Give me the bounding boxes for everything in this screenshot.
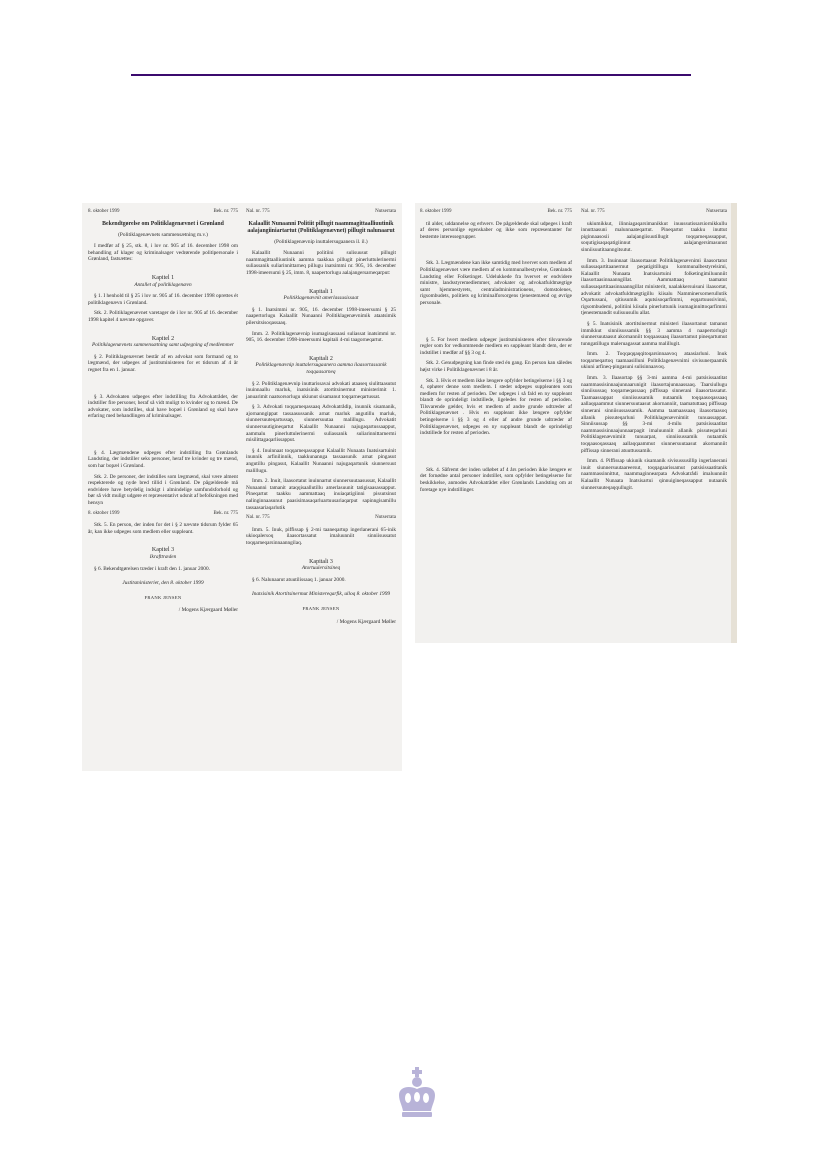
header-ref: Nal. nr. 775	[246, 209, 270, 216]
section-5-stk-2: Stk. 2. Genudpegning kan finde sted én g…	[420, 360, 572, 373]
chapter-1-title: Kapitali 1	[246, 289, 396, 296]
section-5-imm-2: Imm. 2. Toqqaqqaqqitoqarsinnaavoq ataasi…	[581, 351, 727, 371]
signature-name: FRANK JENSEN	[88, 595, 238, 602]
signature-name: FRANK JENSEN	[246, 606, 396, 613]
section-1-stk-2: Stk. 2. Politiklagenævnet varetager de i…	[88, 310, 238, 323]
chapter-2-subtitle: Politiklagenævnip inuttalersugaanera aam…	[246, 362, 396, 375]
header-date: 8. oktober 1999	[420, 209, 452, 216]
scanned-page-right: 8. oktober 1999 Bek. nr. 775 til alder, …	[415, 203, 737, 643]
section-3: § 3. Advokaten udpeges efter indstilling…	[88, 394, 238, 420]
crown-icon	[393, 1065, 441, 1129]
footer-date: 8. oktober 1999	[88, 511, 120, 518]
section-4-imm-2: Imm. 2. Inuit, ilaasortatut inuinnartut …	[246, 478, 396, 511]
section-5: § 5. Inatsisinik atortitsinermut ministe…	[581, 321, 727, 347]
section-2: § 2. Politiklagenævnip inuttarissavai ad…	[246, 381, 396, 401]
chapter-3-title: Kapitali 3	[246, 559, 396, 566]
section-4-stk-2: Stk. 2. De personer, der indstilles som …	[88, 474, 238, 507]
section-1: § 1. Inatsimmi nr. 905, 16. december 199…	[246, 307, 396, 327]
continued-paragraph: ukiumikkut, ilinniagaqarsimanikkut inuus…	[581, 221, 727, 254]
section-4-imm-5: Imm. 5. Inuk, piffissap § 2-mi taaneqart…	[246, 527, 396, 547]
document-subtitle: (Politiklagenævnets sammensætning m.v.)	[88, 232, 238, 239]
chapter-1-subtitle: Antallet af politiklagenævn	[88, 282, 238, 289]
section-4-imm-3: Imm. 3. Inuinnaat ilaasortaasut Politikl…	[581, 258, 727, 317]
section-4-stk-5: Stk. 5. En person, der inden for det i §…	[88, 522, 238, 535]
intro-paragraph: I medfør af § 25, stk. 8, i lov nr. 905 …	[88, 243, 238, 263]
document-subtitle: (Politiklagenævnip inuttalersugaanera il…	[246, 239, 396, 246]
page-header: 8. oktober 1999 Bek. nr. 775	[88, 209, 238, 216]
header-label: Nutserrata	[706, 209, 727, 216]
section-5-imm-3: Imm. 3. Ilaasortap §§ 3-mi aamma 4-mi pa…	[581, 375, 727, 454]
page-header: Nal. nr. 775 Nutserrata	[246, 209, 396, 216]
footer-label: Nutserrata	[375, 515, 396, 522]
chapter-3-subtitle: Atortuulersitsineq	[246, 565, 396, 572]
greenlandic-column: Nal. nr. 775 Nutserrata ukiumikkut, ilin…	[581, 209, 727, 495]
chapter-1-title: Kapitel 1	[88, 275, 238, 282]
document-title: Kalaallit Nunaanni Politiit pillugit naa…	[246, 221, 396, 235]
danish-column: 8. oktober 1999 Bek. nr. 775 Bekendtgøre…	[88, 209, 238, 616]
document-title: Bekendtgørelse om Politiklagenævnet i Gr…	[88, 221, 238, 228]
header-date: 8. oktober 1999	[88, 209, 120, 216]
header-label: Nutserrata	[375, 209, 396, 216]
section-4: § 4. Lægmændene udpeges efter indstillin…	[88, 450, 238, 470]
chapter-2-title: Kapitali 2	[246, 356, 396, 363]
header-ref: Bek. nr. 775	[214, 209, 238, 216]
section-1: § 1. I henhold til § 25 i lov nr. 905 af…	[88, 293, 238, 306]
chapter-2-subtitle: Politiklagenævnets sammensætning samt ud…	[88, 342, 238, 349]
continued-paragraph: til alder, uddannelse og erhverv. De påg…	[420, 221, 572, 241]
signature-countersign: / Mogens Kjærgaard Møller	[246, 619, 396, 626]
danish-column: 8. oktober 1999 Bek. nr. 775 til alder, …	[420, 209, 572, 497]
scanned-page-left: 8. oktober 1999 Bek. nr. 775 Bekendtgøre…	[82, 203, 402, 771]
intro-paragraph: Kalaallit Nunaanni politiini sulisuusut …	[246, 250, 396, 276]
section-6: § 6. Nalunaarut atuutilissaaq 1. januar …	[246, 577, 396, 584]
section-6: § 6. Bekendtgørelsen træder i kraft den …	[88, 566, 238, 573]
chapter-1-subtitle: Politiklagenævnit amerlassusissaat	[246, 295, 396, 302]
section-4-stk-3: Stk. 3. Lægmændene kan ikke samtidig med…	[420, 260, 572, 306]
section-5-imm-4: Imm. 4. Piffissap ukiunik sisamanik sivi…	[581, 458, 727, 491]
section-3: § 3. Advokati toqqarneqassaaq Advokatråd…	[246, 404, 396, 444]
footer-ref: Bek. nr. 775	[214, 511, 238, 518]
chapter-3-subtitle: Ikrafttræden	[88, 554, 238, 561]
header-ref: Nal. nr. 775	[581, 209, 605, 216]
chapter-3-title: Kapitel 3	[88, 547, 238, 554]
header-rule	[131, 74, 691, 76]
section-5-stk-3: Stk. 3. Hvis et medlem ikke længere opfy…	[420, 378, 572, 437]
page-header: Nal. nr. 775 Nutserrata	[581, 209, 727, 216]
section-5: § 5. For hvert medlem udpeger justitsmin…	[420, 337, 572, 357]
signature-place: Justitsministeriet, den 8. oktober 1999	[88, 580, 238, 587]
header-ref: Bek. nr. 775	[548, 209, 572, 216]
page-footer: Nal. nr. 775 Nutserrata	[246, 515, 396, 522]
page-header: 8. oktober 1999 Bek. nr. 775	[420, 209, 572, 216]
section-5-stk-4: Stk. 4. Såfremt der inden udløbet af 4 å…	[420, 467, 572, 493]
section-4: § 4. Inuinnaat toqqarneqassapput Kalaall…	[246, 448, 396, 474]
signature-countersign: / Mogens Kjærgaard Møller	[88, 607, 238, 614]
greenlandic-column: Nal. nr. 775 Nutserrata Kalaallit Nunaan…	[246, 209, 396, 627]
page-footer: 8. oktober 1999 Bek. nr. 775	[88, 511, 238, 518]
section-1-imm-2: Imm. 2. Politiklagenævnip isumagisassaas…	[246, 331, 396, 344]
footer-ref: Nal. nr. 775	[246, 515, 270, 522]
section-2: § 2. Politiklagenævnet består af en advo…	[88, 354, 238, 374]
signature-place: Inatsisinik Atortitsinermut Ministereqar…	[246, 591, 396, 598]
